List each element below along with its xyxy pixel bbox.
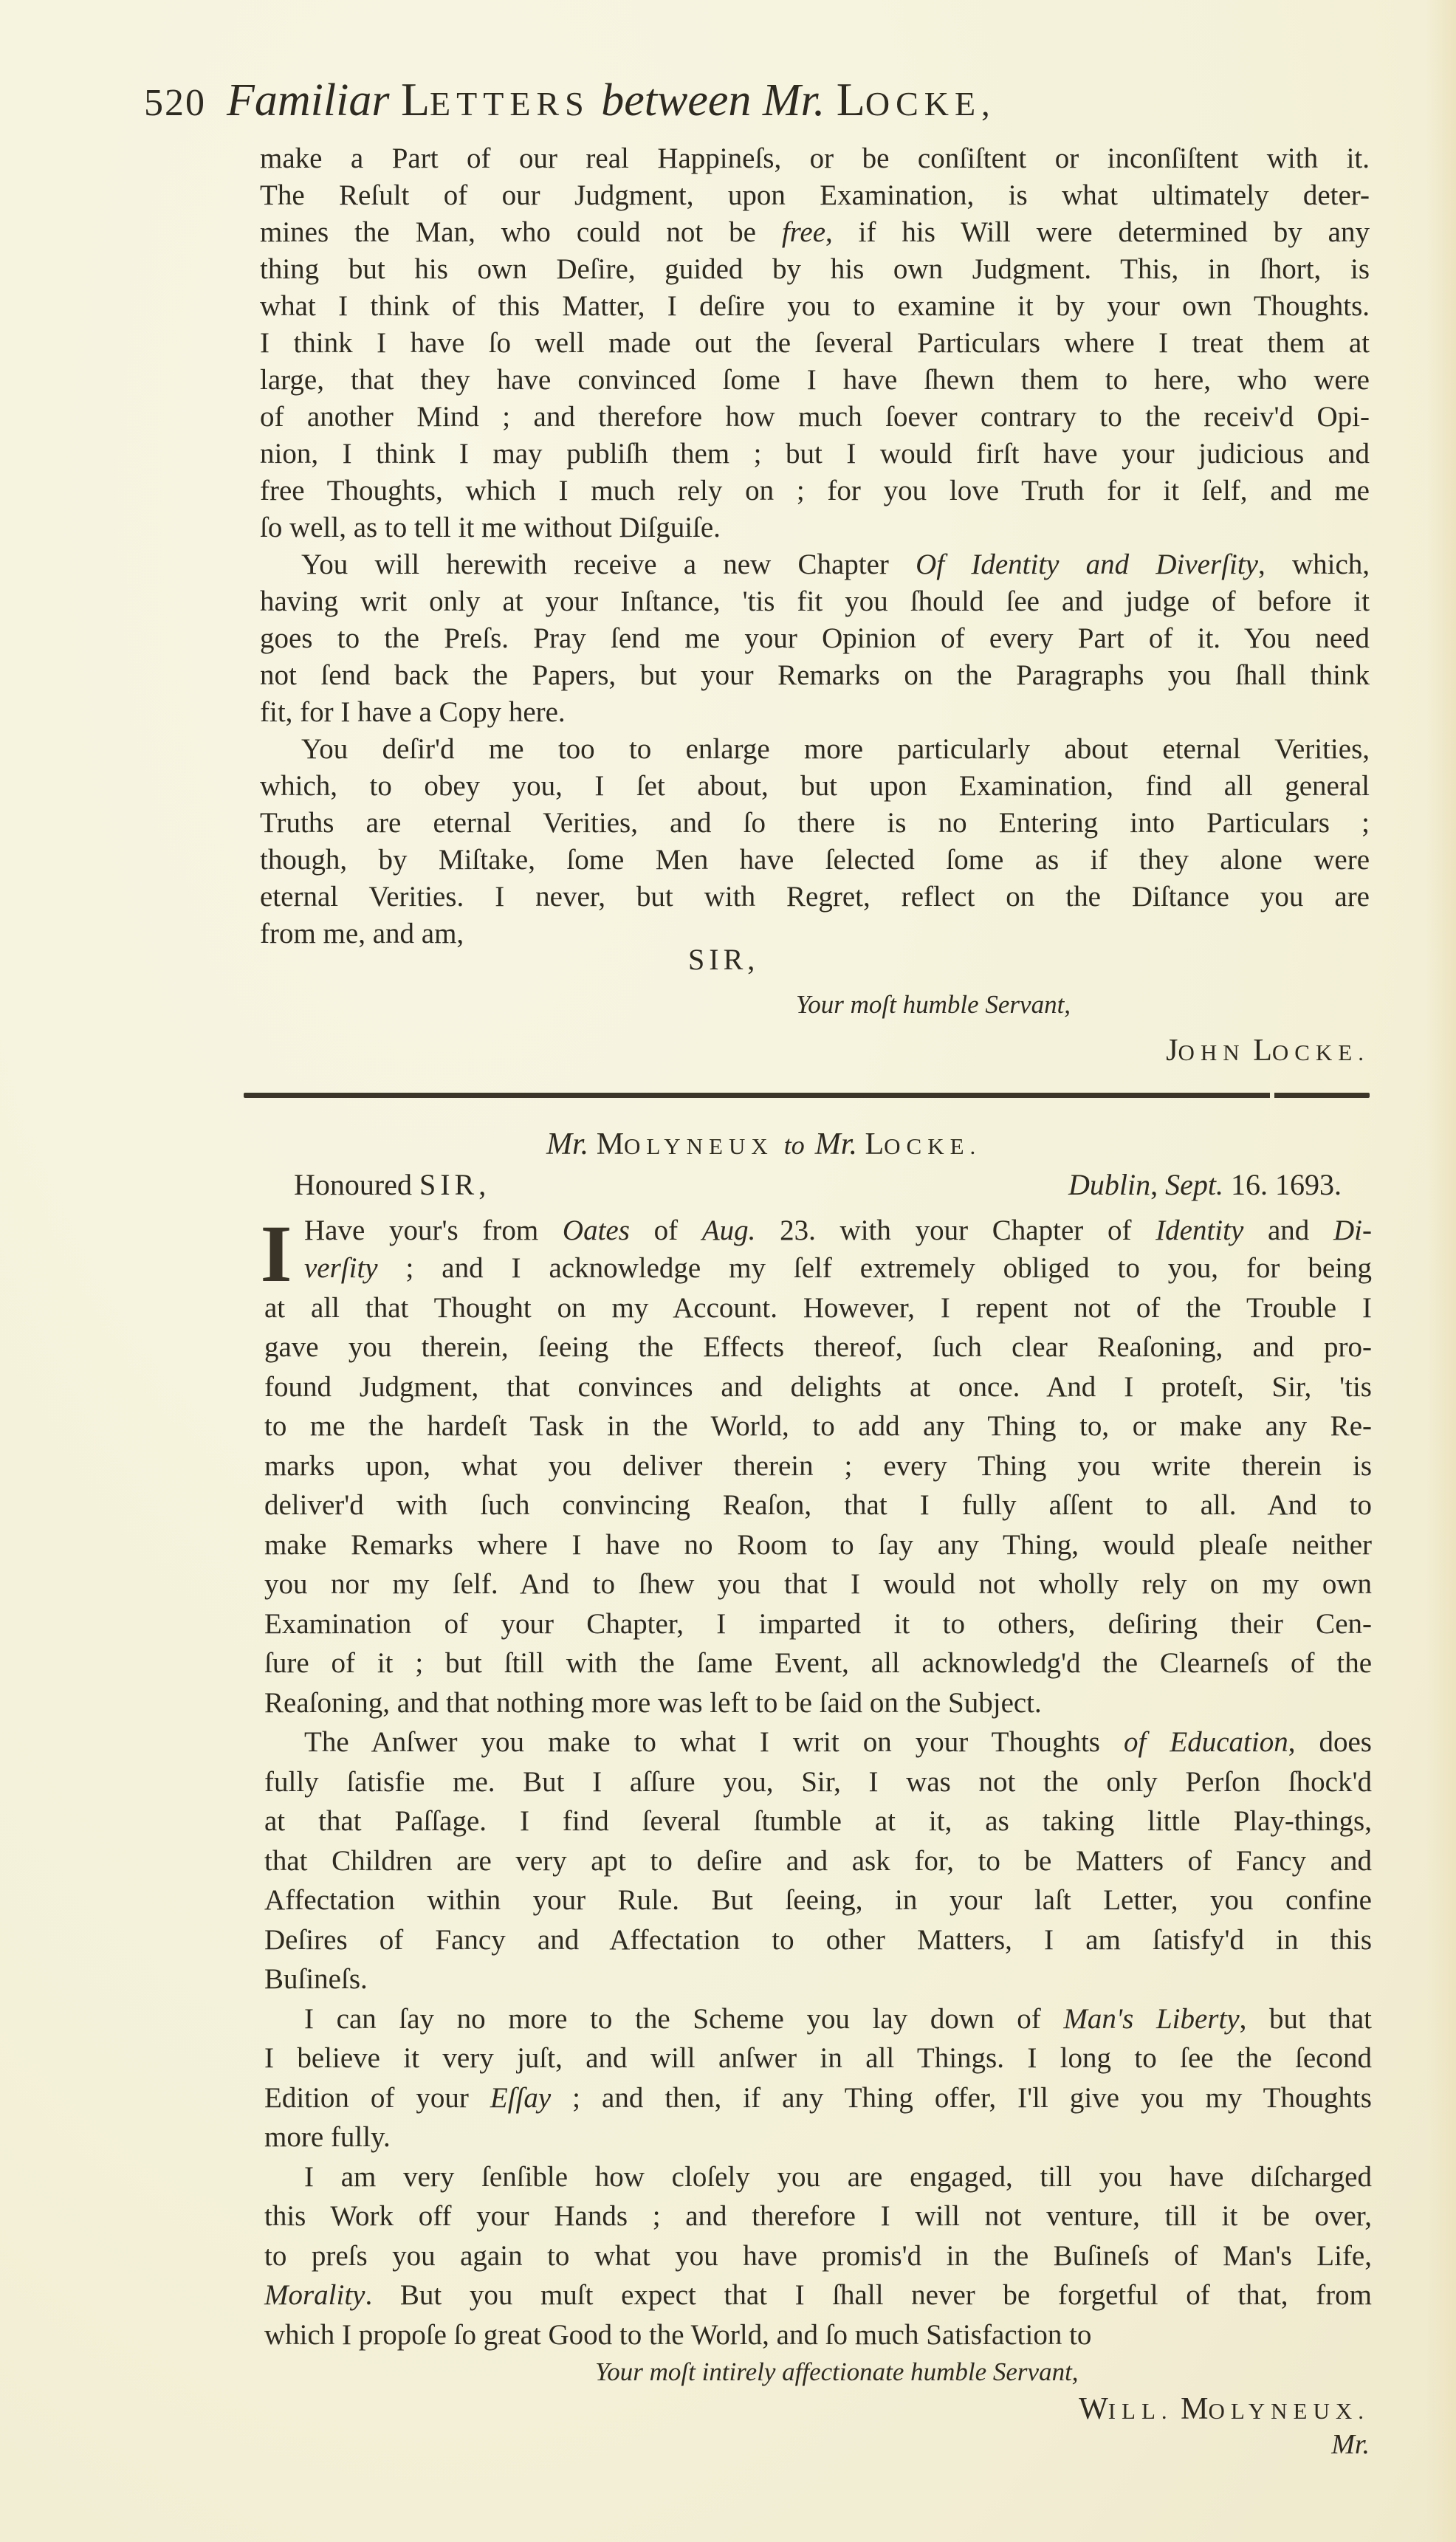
text-line: thing but his own Deſire, guided by his … <box>260 251 1370 288</box>
catchword: Mr. <box>1331 2426 1370 2463</box>
text-line: you nor my ſelf. And to ſhew you that I … <box>264 1566 1372 1603</box>
running-head-letters: ETTERS <box>430 85 590 123</box>
text-line: of another Mind ; and therefore how much… <box>260 399 1370 436</box>
text-line: Edition of your Eſſay ; and then, if any… <box>264 2080 1372 2117</box>
text-line: Reaſoning, and that nothing more was lef… <box>264 1685 1372 1722</box>
letter-2-greeting: Honoured SIR, <box>294 1167 490 1203</box>
text-line: The Reſult of our Judgment, upon Examina… <box>260 177 1370 214</box>
text-line: this Work off your Hands ; and therefore… <box>264 2198 1372 2235</box>
text-line: marks upon, what you deliver therein ; e… <box>264 1448 1372 1485</box>
text-line: not ſend back the Papers, but your Remar… <box>260 657 1370 694</box>
text-line: mines the Man, who could not be free, if… <box>260 214 1370 251</box>
text-span: mines the Man, who could not be <box>260 216 782 248</box>
italic-span: Identity <box>1155 1215 1243 1246</box>
text-line: make a Part of our real Happineſs, or be… <box>260 140 1370 177</box>
running-head: 520Familiar LETTERS between Mr. LOCKE, <box>144 70 1373 129</box>
drop-cap: I <box>260 1218 292 1289</box>
text-line: ſo well, as to tell it me without Diſgui… <box>260 509 1370 546</box>
text-line: to me the hardeſt Task in the World, to … <box>264 1408 1372 1445</box>
text-span: and <box>1243 1215 1333 1246</box>
italic-span: Oates <box>563 1215 630 1246</box>
text-line: Truths are eternal Verities, and ſo ther… <box>260 805 1370 842</box>
greeting-text: Honoured <box>294 1168 419 1201</box>
dateline-month: Sept. <box>1165 1168 1223 1201</box>
letter-2-dateline: Dublin, Sept. 16. 1693. <box>1068 1167 1342 1203</box>
text-span: The Anſwer you make to what I writ on yo… <box>304 1726 1124 1758</box>
dateline-day-year: 16. 1693. <box>1223 1168 1342 1201</box>
italic-span: Di- <box>1333 1215 1372 1246</box>
text-line: large, that they have convinced ſome I h… <box>260 362 1370 399</box>
letter-1-salutation: SIR, <box>688 941 759 978</box>
section-divider-rule <box>244 1093 1370 1098</box>
greeting-sir: SIR, <box>419 1168 490 1201</box>
letter-1-signature: JOHN LOCKE. <box>1166 1032 1370 1071</box>
text-line: goes to the Preſs. Pray ſend me your Opi… <box>260 620 1370 657</box>
text-span: ; and then, if any Thing offer, I'll giv… <box>551 2082 1372 2114</box>
signature-initial: M <box>1181 2392 1208 2426</box>
signature-initial: L <box>1253 1034 1272 1068</box>
page-edge <box>1426 0 1456 2542</box>
text-span: I can ſay no more to the Scheme you lay … <box>304 2003 1063 2035</box>
text-line: gave you therein, ſeeing the Effects the… <box>264 1329 1372 1366</box>
italic-span: verſity <box>304 1252 378 1284</box>
text-line: found Judgment, that convinces and delig… <box>264 1369 1372 1406</box>
text-line: verſity ; and I acknowledge my ſelf extr… <box>304 1250 1372 1287</box>
text-line: fit, for I have a Copy here. <box>260 694 1370 731</box>
italic-span: Morality <box>264 2279 365 2311</box>
text-span: Edition of your <box>264 2082 490 2114</box>
italic-span: free <box>782 216 825 248</box>
text-line: You will herewith receive a new Chapter … <box>301 546 1370 583</box>
text-span: , which, <box>1258 549 1370 580</box>
heading-title: Mr. <box>815 1127 857 1161</box>
heading-to: to <box>784 1130 805 1160</box>
heading-smallcaps: OLYNEUX <box>624 1133 774 1159</box>
text-line: Deſires of Fancy and Affectation to othe… <box>264 1922 1372 1959</box>
italic-span: Of Identity and Diverſity <box>916 549 1258 580</box>
text-line: ſure of it ; but ſtill with the ſame Eve… <box>264 1645 1372 1682</box>
italic-span: of Education <box>1124 1726 1288 1758</box>
text-span: of <box>630 1215 702 1246</box>
dateline-place: Dublin <box>1068 1168 1150 1201</box>
signature-initial: J <box>1166 1034 1178 1068</box>
signature-smallcaps: OHN <box>1178 1040 1246 1065</box>
text-line: deliver'd with ſuch convincing Reaſon, t… <box>264 1487 1372 1524</box>
text-line: at all that Thought on my Account. Howev… <box>264 1290 1372 1327</box>
text-line: from me, and am, <box>260 916 1370 952</box>
italic-span: Man's Liberty <box>1063 2003 1239 2035</box>
text-line: free Thoughts, which I much rely on ; fo… <box>260 473 1370 509</box>
text-line: more fully. <box>264 2119 1372 2156</box>
running-head-locke-initial: L <box>837 73 865 126</box>
text-line: You deſir'd me too to enlarge more parti… <box>301 731 1370 768</box>
heading-title: Mr. <box>546 1127 588 1161</box>
text-span: Have your's from <box>304 1215 563 1246</box>
text-line: Examination of your Chapter, I imparted … <box>264 1606 1372 1643</box>
text-line: I am very ſenſible how cloſely you are e… <box>304 2159 1372 2196</box>
running-head-letters-initial: L <box>401 73 430 126</box>
text-line: Have your's from Oates of Aug. 23. with … <box>304 1211 1372 1248</box>
text-span: 23. with your Chapter of <box>755 1215 1155 1246</box>
text-span: ; and I acknowledge my ſelf extremely ob… <box>378 1252 1372 1284</box>
text-line: what I think of this Matter, I deſire yo… <box>260 288 1370 325</box>
text-line: Morality. But you muſt expect that I ſha… <box>264 2277 1372 2314</box>
running-head-familiar: Familiar <box>227 75 389 126</box>
signature-initial: W <box>1079 2392 1108 2426</box>
text-line: make Remarks where I have no Room to ſay… <box>264 1527 1372 1564</box>
text-line: to preſs you again to what you have prom… <box>264 2238 1372 2275</box>
heading-initial: L <box>865 1127 884 1161</box>
heading-smallcaps: OCKE. <box>884 1133 981 1159</box>
text-line: I can ſay no more to the Scheme you lay … <box>304 2001 1372 2038</box>
letter-2-signature: WILL. MOLYNEUX. <box>1079 2391 1370 2430</box>
letter-2-heading: Mr. MOLYNEUXtoMr. LOCKE. <box>546 1126 981 1165</box>
letter-1-closing: Your moſt humble Servant, <box>796 986 1071 1023</box>
text-span: , but that <box>1240 2003 1372 2035</box>
text-line: though, by Miſtake, ſome Men have ſelect… <box>260 842 1370 879</box>
page-number: 520 <box>144 82 206 124</box>
text-span: . But you muſt expect that I ſhall never… <box>365 2279 1372 2311</box>
text-line: at that Paſſage. I find ſeveral ſtumble … <box>264 1803 1372 1840</box>
text-line: I believe it very juſt, and will anſwer … <box>264 2040 1372 2077</box>
italic-span: Aug. <box>702 1215 756 1246</box>
italic-span: Eſſay <box>490 2082 551 2114</box>
text-line: which I propoſe ſo great Good to the Wor… <box>264 2317 1372 2354</box>
heading-initial: M <box>597 1127 624 1161</box>
letter-2-closing: Your moſt intirely affectionate humble S… <box>595 2354 1079 2391</box>
signature-smallcaps: ILL. <box>1108 2398 1173 2424</box>
running-head-locke: OCKE, <box>865 85 996 123</box>
text-line: Affectation within your Rule. But ſeeing… <box>264 1882 1372 1919</box>
text-line: which, to obey you, I ſet about, but upo… <box>260 768 1370 805</box>
text-line: The Anſwer you make to what I writ on yo… <box>304 1724 1372 1761</box>
text-span: , if his Will were determined by any <box>825 216 1370 248</box>
text-line: I think I have ſo well made out the ſeve… <box>260 325 1370 362</box>
text-line: having writ only at your Inſtance, 'tis … <box>260 583 1370 620</box>
signature-smallcaps: OCKE. <box>1272 1040 1370 1065</box>
text-line: that Children are very apt to deſire and… <box>264 1843 1372 1880</box>
running-head-between: between Mr. <box>601 75 825 126</box>
signature-smallcaps: OLYNEUX. <box>1209 2398 1370 2424</box>
text-line: Buſineſs. <box>264 1961 1372 1998</box>
text-span: , does <box>1288 1726 1372 1758</box>
text-span: You will herewith receive a new Chapter <box>301 549 916 580</box>
text-line: eternal Verities. I never, but with Regr… <box>260 879 1370 916</box>
text-line: nion, I think I may publiſh them ; but I… <box>260 436 1370 473</box>
text-line: fully ſatisfie me. But I aſſure you, Sir… <box>264 1764 1372 1801</box>
